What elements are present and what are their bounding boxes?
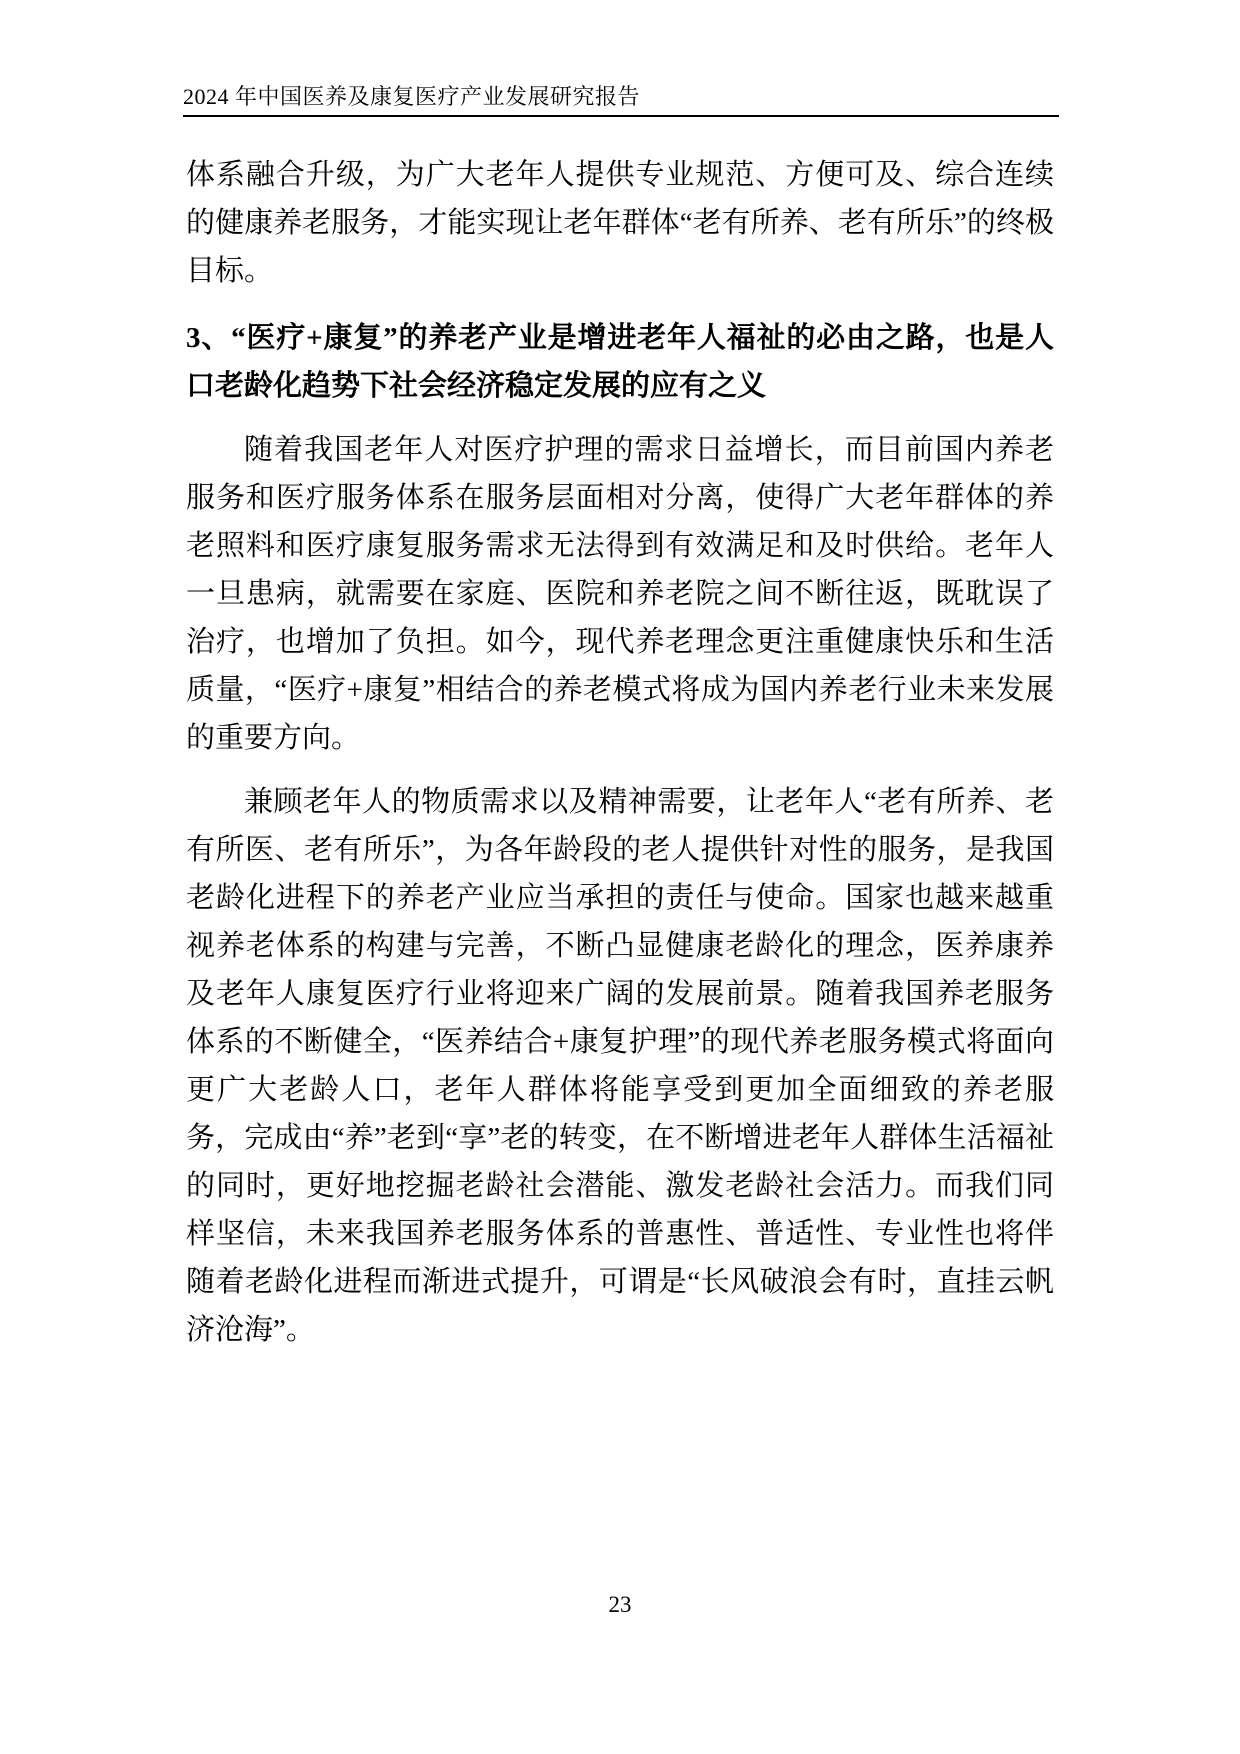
document-body: 体系融合升级，为广大老年人提供专业规范、方便可及、综合连续的健康养老服务，才能实…: [186, 151, 1054, 1354]
page-footer: 23: [0, 1590, 1240, 1620]
page-header: 2024 年中国医养及康复医疗产业发展研究报告: [183, 84, 1059, 117]
document-page: 2024 年中国医养及康复医疗产业发展研究报告 体系融合升级，为广大老年人提供专…: [0, 0, 1240, 1754]
paragraph-2: 兼顾老年人的物质需求以及精神需要，让老年人“老有所养、老有所医、老有所乐”，为各…: [186, 778, 1054, 1354]
header-title: 2024 年中国医养及康复医疗产业发展研究报告: [183, 84, 640, 109]
paragraph-1: 随着我国老年人对医疗护理的需求日益增长，而目前国内养老服务和医疗服务体系在服务层…: [186, 426, 1054, 762]
section-heading: 3、“医疗+康复”的养老产业是增进老年人福祉的必由之路，也是人口老龄化趋势下社会…: [186, 314, 1054, 410]
page-number: 23: [609, 1592, 632, 1617]
paragraph-intro-continuation: 体系融合升级，为广大老年人提供专业规范、方便可及、综合连续的健康养老服务，才能实…: [186, 151, 1054, 295]
